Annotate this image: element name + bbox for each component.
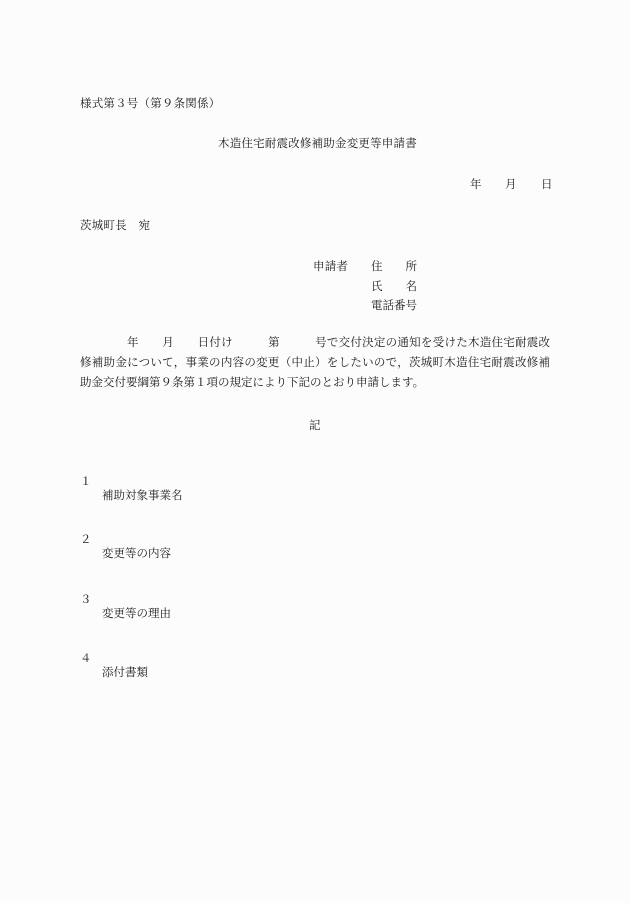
name-label: 氏 名 [371,279,417,293]
form-number: 様式第３号（第９条関係） [80,96,220,110]
body-line: 助金交付要綱第９条第１項の規定により下記のとおり申請します。 [80,372,550,392]
address-label: 住 所 [371,259,417,273]
item-number: ３ [80,592,92,606]
item-label: 添付書類 [102,665,148,679]
item-label: 補助対象事業名 [102,488,183,502]
list-item: ３ 変更等の理由 [80,578,95,634]
document-page: 様式第３号（第９条関係） 木造住宅耐震改修補助金変更等申請書 年 月 日 茨城町… [0,0,630,903]
addressee: 茨城町長 宛 [80,218,150,232]
ki-heading: 記 [309,418,321,432]
date-month-label: 月 [505,177,517,191]
body-line: 修補助金について，事業の内容の変更（中止）をしたいので，茨城町木造住宅耐震改修補 [80,352,550,372]
date-line: 年 月 日 [470,177,485,247]
phone-label: 電話番号 [371,298,417,312]
item-number: ２ [80,532,92,546]
list-item: １ 補助対象事業名 [80,460,95,516]
item-number: ４ [80,651,92,665]
document-title: 木造住宅耐震改修補助金変更等申請書 [218,136,417,150]
list-item: ２ 変更等の内容 [80,518,95,574]
application-body: 年 月 日付け 第 号で交付決定の通知を受けた木造住宅耐震改 修補助金について，… [80,332,550,392]
date-year-label: 年 [470,177,482,191]
item-label: 変更等の内容 [102,546,171,560]
applicant-label: 申請者 [313,259,348,273]
item-label: 変更等の理由 [102,606,171,620]
date-day-label: 日 [541,177,553,191]
list-item: ４ 添付書類 [80,637,95,693]
item-number: １ [80,474,92,488]
body-line: 年 月 日付け 第 号で交付決定の通知を受けた木造住宅耐震改 [80,332,550,352]
